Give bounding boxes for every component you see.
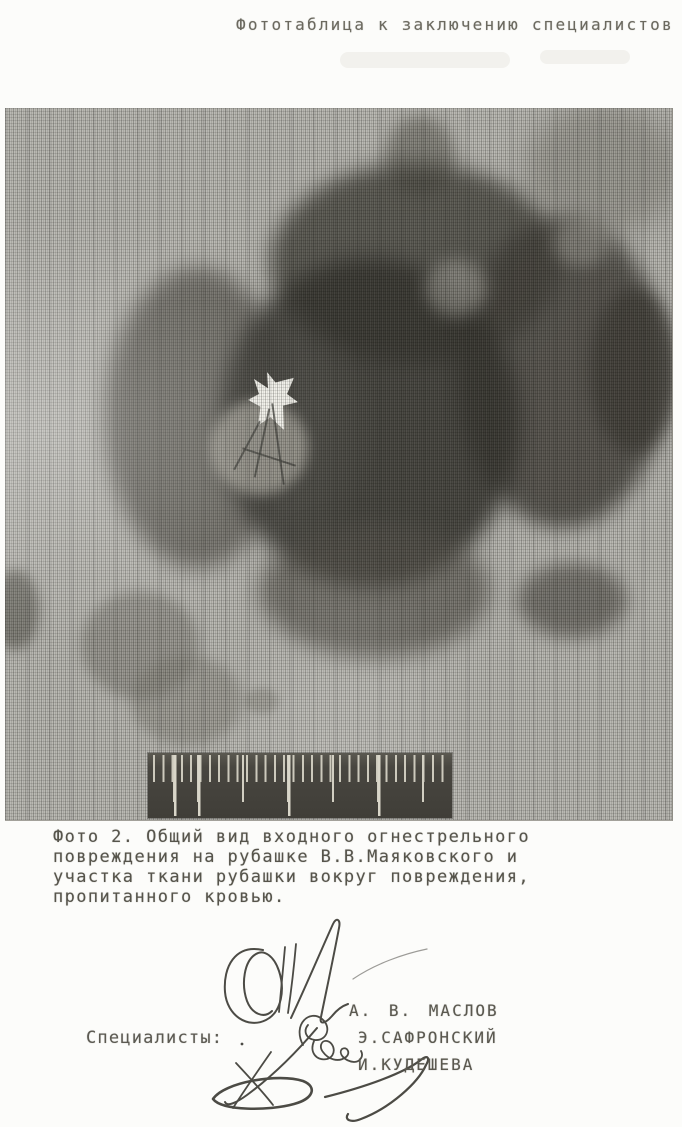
caption-line: участка ткани рубашки вокруг повреждения…: [53, 867, 530, 887]
specialist-name: Э.САФРОНСКИЙ: [358, 1028, 498, 1047]
signature-stroke: [353, 949, 427, 979]
fabric-shade: [525, 108, 673, 237]
signature-stroke: [225, 949, 282, 1023]
ink-dot: [241, 1043, 244, 1046]
page-title: Фототаблица к заключению специалистов: [236, 14, 674, 36]
caption-line: повреждения на рубашке В.В.Маяковского и: [53, 847, 530, 867]
faint-stain: [245, 688, 279, 714]
photo-caption: Фото 2. Общий вид входного огнестрельног…: [53, 827, 530, 907]
document-page: Фототаблица к заключению специалистов: [0, 0, 682, 1127]
light-patch: [425, 260, 487, 316]
stain-blob: [260, 523, 490, 658]
measuring-ruler: [148, 753, 452, 818]
evidence-photo: [5, 108, 673, 821]
signature-stroke: [279, 944, 296, 1013]
signature-stroke: [300, 1016, 362, 1062]
stain-blob: [590, 288, 673, 453]
stain-blob: [5, 570, 39, 650]
ruler-ticks-cm: [153, 755, 447, 816]
specialist-name: А. В. МАСЛОВ: [349, 1001, 499, 1020]
light-patch: [553, 220, 611, 266]
faint-stain: [131, 656, 243, 746]
caption-line: пропитанного кровью.: [53, 887, 530, 907]
scan-artifact: [340, 52, 510, 68]
scan-artifact: [540, 50, 630, 64]
caption-line: Фото 2. Общий вид входного огнестрельног…: [53, 827, 530, 847]
stain-blob: [517, 563, 627, 638]
specialist-name: И.КУДЕШЕВА: [358, 1055, 474, 1074]
signature-stroke: [291, 920, 348, 1023]
